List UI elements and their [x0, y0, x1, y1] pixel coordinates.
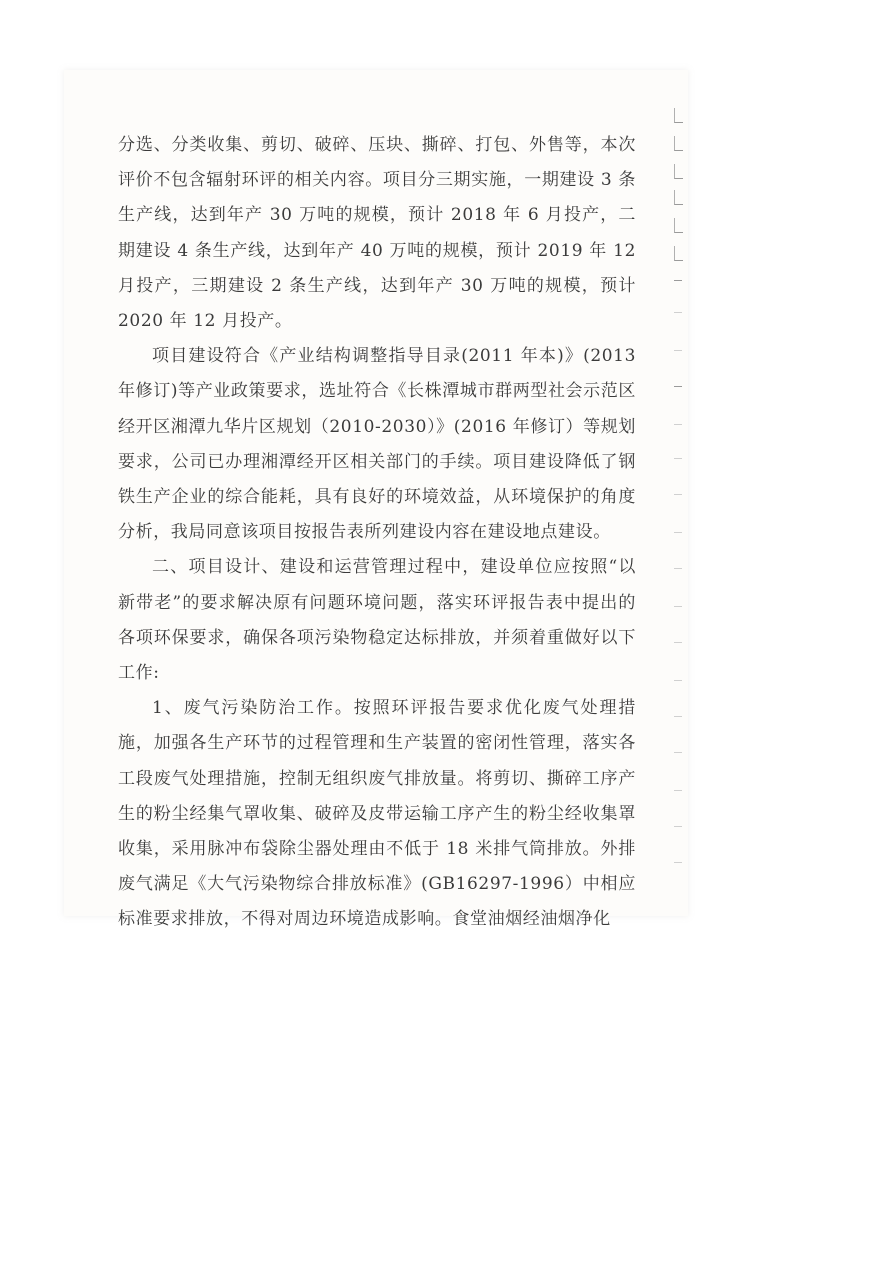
margin-tick — [674, 218, 683, 233]
margin-tick — [674, 190, 683, 205]
document-body: 分选、分类收集、剪切、破碎、压块、撕碎、打包、外售等，本次评价不包含辐射环评的相… — [118, 128, 636, 938]
margin-tick — [674, 606, 682, 607]
margin-tick — [674, 350, 682, 351]
margin-tick — [674, 716, 682, 717]
margin-tick — [674, 826, 682, 827]
margin-tick — [674, 752, 682, 753]
margin-tick — [674, 642, 682, 643]
margin-tick — [674, 108, 683, 123]
margin-tick — [674, 494, 682, 495]
margin-tick — [674, 136, 683, 151]
margin-tick — [674, 312, 682, 313]
margin-tick — [674, 680, 682, 681]
margin-tick — [674, 532, 682, 533]
margin-tick — [674, 424, 682, 425]
paragraph-project-phases: 分选、分类收集、剪切、破碎、压块、撕碎、打包、外售等，本次评价不包含辐射环评的相… — [118, 128, 636, 339]
margin-tick — [674, 280, 682, 281]
margin-tick — [674, 862, 682, 863]
margin-tick — [674, 458, 682, 459]
margin-tick — [674, 246, 683, 261]
scanned-page: 分选、分类收集、剪切、破碎、压块、撕碎、打包、外售等，本次评价不包含辐射环评的相… — [64, 70, 688, 916]
margin-tick — [674, 568, 682, 569]
paragraph-policy-compliance: 项目建设符合《产业结构调整指导目录(2011 年本)》(2013 年修订)等产业… — [118, 339, 636, 550]
margin-tick — [674, 790, 682, 791]
margin-tick — [674, 164, 683, 179]
binding-margin-marks — [674, 90, 686, 890]
margin-tick — [674, 386, 682, 387]
paragraph-section-two: 二、项目设计、建设和运营管理过程中，建设单位应按照“以新带老”的要求解决原有问题… — [118, 550, 636, 691]
paragraph-exhaust-gas-control: 1、废气污染防治工作。按照环评报告要求优化废气处理措施，加强各生产环节的过程管理… — [118, 691, 636, 937]
